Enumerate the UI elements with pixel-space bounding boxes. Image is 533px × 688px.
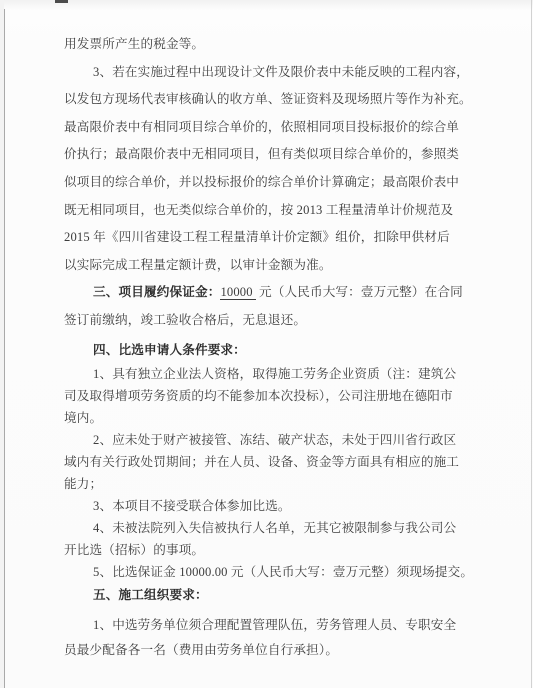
section-3-bond-line: 三、项目履约保证金：10000 元（人民币大写：壹万元整）在合同 [64, 279, 488, 307]
pricing-rule-line-6: 以实际完成工程量定额计费，以审计金额为准。 [64, 252, 488, 280]
pricing-rule-line-4: 既无相同项目，也无类似综合单价的，按 2013 工程量清单计价规范及 [64, 197, 488, 225]
pricing-rule-line-1: 最高限价表中有相同项目综合单价的，依照相同项目投标报价的综合单 [64, 114, 488, 142]
clause-2-item-3-line-1: 3、若在实施过程中出现设计文件及限价表中未能反映的工程内容， [64, 59, 488, 87]
section-4-item-2-line-2: 域内有关行政处罚期间；并在人员、设备、资金等方面具有相应的施工 [64, 451, 488, 473]
pricing-rule-line-2: 价执行；最高限价表中无相同项目，但有类似项目综合单价的，参照类 [64, 141, 488, 169]
document-text: 用发票所产生的税金等。 3、若在实施过程中出现设计文件及限价表中未能反映的工程内… [64, 31, 488, 663]
scan-edge-right-line [531, 0, 532, 688]
section-4-item-1-line-3: 境内。 [64, 407, 488, 429]
section-5-heading: 五、施工组织要求： [64, 583, 488, 607]
clause-2-item-3-line-2: 以发包方现场代表审核确认的收方单、签证资料及现场照片等作为补充。 [64, 86, 488, 114]
section-4-item-4-line-2: 开比选（招标）的事项。 [64, 539, 488, 561]
section-4-item-1-line-1: 1、具有独立企业法人资格，取得施工劳务企业资质（注：建筑公 [64, 363, 488, 385]
section-4-item-4-line-1: 4、未被法院列入失信被执行人名单，无其它被限制参与我公司公 [64, 517, 488, 539]
paragraph-line: 用发票所产生的税金等。 [64, 31, 488, 59]
section-4-item-2-line-3: 能力； [64, 473, 488, 495]
section-3-line-2: 签订前缴纳，竣工验收合格后，无息退还。 [64, 307, 488, 335]
bond-amount-underlined: 10000 [220, 285, 255, 300]
scan-artifact-notch [55, 0, 68, 3]
scanned-document-page: 用发票所产生的税金等。 3、若在实施过程中出现设计文件及限价表中未能反映的工程内… [0, 0, 533, 688]
section-5-item-1-line-1: 1、中选劳务单位须合理配置管理队伍，劳务管理人员、专职安全 [64, 613, 488, 638]
pricing-rule-line-3: 似项目的综合单价，并以投标报价的综合单价计算确定；最高限价表中 [64, 169, 488, 197]
section-4-item-3: 3、本项目不接受联合体参加比选。 [64, 495, 488, 517]
bond-line-rest: 元（人民币大写：壹万元整）在合同 [256, 285, 463, 299]
section-4-heading: 四、比选申请人条件要求： [64, 338, 488, 363]
scan-edge-left-line [4, 9, 5, 688]
pricing-rule-line-5: 2015 年《四川省建设工程工程量清单计价定额》组价，扣除甲供材后 [64, 224, 488, 252]
section-4-item-2-line-1: 2、应未处于财产被接管、冻结、破产状态，未处于四川省行政区 [64, 429, 488, 451]
section-5-item-1-line-2: 员最少配备各一名（费用由劳务单位自行承担）。 [64, 638, 488, 663]
section-3-heading: 三、项目履约保证金： [93, 285, 220, 299]
section-4-item-5: 5、比选保证金 10000.00 元（人民币大写：壹万元整）须现场提交。 [64, 561, 488, 583]
section-4-item-1-line-2: 司及取得增项劳务资质的均不能参加本次投标），公司注册地在德阳市 [64, 385, 488, 407]
